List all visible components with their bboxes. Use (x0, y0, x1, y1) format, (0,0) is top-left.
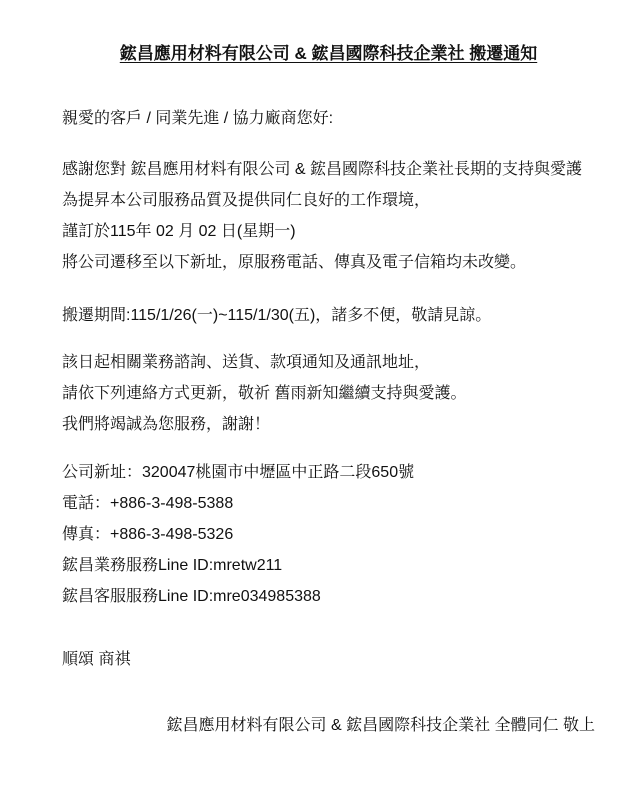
contact-line-address: 公司新址：320047桃園市中壢區中正路二段650號 (62, 457, 595, 488)
signature-line: 鋐昌應用材料有限公司 & 鋐昌國際科技企業社 全體同仁 敬上 (62, 710, 595, 741)
intro-paragraph: 感謝您對 鋐昌應用材料有限公司 & 鋐昌國際科技企業社長期的支持與愛護 為提昇本… (62, 154, 595, 278)
update-line-service: 我們將竭誠為您服務，謝謝！ (62, 409, 595, 440)
intro-line-date: 謹訂於115年 02 月 02 日(星期一) (62, 216, 595, 247)
greeting-line: 親愛的客戶 / 同業先進 / 協力廠商您好: (62, 103, 595, 134)
update-line-scope: 該日起相關業務諮詢、送貨、款項通知及通訊地址， (62, 347, 595, 378)
notice-title: 鋐昌應用材料有限公司 & 鋐昌國際科技企業社 搬遷通知 (62, 45, 595, 63)
update-paragraph: 該日起相關業務諮詢、送貨、款項通知及通訊地址， 請依下列連絡方式更新，敬祈 舊雨… (62, 347, 595, 440)
contact-line-line-business: 鋐昌業務服務Line ID:mretw211 (62, 550, 595, 581)
contact-line-line-service: 鋐昌客服服務Line ID:mre034985388 (62, 581, 595, 612)
closing-line: 順頌 商祺 (62, 644, 595, 675)
intro-line-thanks: 感謝您對 鋐昌應用材料有限公司 & 鋐昌國際科技企業社長期的支持與愛護 (62, 154, 595, 185)
contact-line-fax: 傳真：+886-3-498-5326 (62, 519, 595, 550)
moving-period-line: 搬遷期間:115/1/26(一)~115/1/30(五)，諸多不便，敬請見諒。 (62, 300, 595, 331)
notice-document-page: 鋐昌應用材料有限公司 & 鋐昌國際科技企業社 搬遷通知 親愛的客戶 / 同業先進… (0, 0, 643, 808)
notice-title-text: 鋐昌應用材料有限公司 & 鋐昌國際科技企業社 搬遷通知 (120, 44, 537, 63)
contact-line-phone: 電話：+886-3-498-5388 (62, 488, 595, 519)
contact-block: 公司新址：320047桃園市中壢區中正路二段650號 電話：+886-3-498… (62, 457, 595, 612)
intro-line-relocation: 將公司遷移至以下新址，原服務電話、傳真及電子信箱均未改變。 (62, 247, 595, 278)
update-line-request: 請依下列連絡方式更新，敬祈 舊雨新知繼續支持與愛護。 (62, 378, 595, 409)
intro-line-purpose: 為提昇本公司服務品質及提供同仁良好的工作環境， (62, 185, 595, 216)
